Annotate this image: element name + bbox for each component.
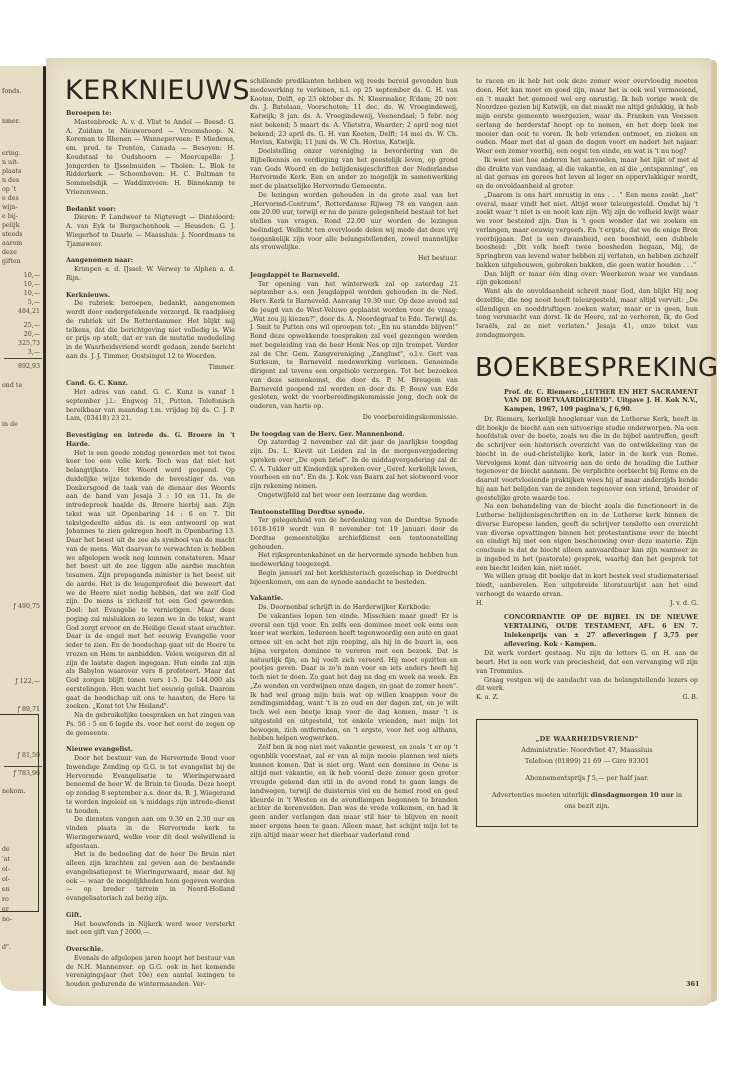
paragraph: Het bouwfonds in Nijkerk werd weer verst… xyxy=(66,921,235,939)
review-signature: H.J. v. d. G. xyxy=(476,600,698,609)
article-section: Tentoonstelling Dordtse synode.Ter geleg… xyxy=(250,509,458,588)
left-page-text: n des xyxy=(2,177,19,186)
paragraph: Dan blijft er maar één ding over: Weerke… xyxy=(476,271,698,289)
left-page-text: ering. xyxy=(2,150,21,159)
article-section: Cand. G. C. Kunz.Het adres van cand. G. … xyxy=(66,380,235,424)
section-heading: Gift. xyxy=(66,912,235,921)
article-section: Nieuwe evangelist.Door het bestuur van d… xyxy=(66,746,235,904)
paragraph: Ongetwijfeld zal het weer een leerzame d… xyxy=(250,492,458,501)
article-section: Vakantie.Ds. Doornenbal schrijft in de H… xyxy=(250,595,458,840)
paragraph: De vakanties lopen ten einde. Misschien … xyxy=(250,613,458,744)
article-section: Jeugdappèl te Barneveld.Ter opening van … xyxy=(250,272,458,423)
reviewer-right: G. B. xyxy=(682,694,698,703)
left-page-text: plaats xyxy=(2,168,21,177)
left-page-text: 484,21 xyxy=(18,308,40,317)
article-section: Beroepen te:Mastenbroek: A. v. d. Vlist … xyxy=(66,110,235,198)
book-review: Prof. dr. C. Riemers: „LUTHER EN HET SAC… xyxy=(476,389,698,609)
section-heading: Overschie. xyxy=(66,946,235,955)
book-review: CONCORDANTIE OP DE BIJBEL IN DE NIEUWE V… xyxy=(476,614,698,703)
column-kerknieuws: KERKNIEUWS Beroepen te:Mastenbroek: A. v… xyxy=(66,78,235,990)
paragraph: Door het bestuur van de Hervormde Bond v… xyxy=(66,755,235,816)
paragraph: De diensten vangen aan om 9.30 en 2.30 u… xyxy=(66,816,235,851)
left-page-text: 5,— xyxy=(28,299,40,308)
paragraph: De rubriek: beroepen, bedankt, aangenome… xyxy=(66,300,235,361)
section-heading: Bevestiging en intrede ds. G. Broere in … xyxy=(66,432,235,450)
left-page-text: ond te xyxy=(2,382,22,391)
section-heading: Beroepen te: xyxy=(66,110,235,119)
paragraph: Na een behandeling van de biecht zoals d… xyxy=(476,503,698,573)
left-page-text: steeds xyxy=(2,231,22,240)
paragraph: We willen graag dit boekje dat in kort b… xyxy=(476,573,698,599)
left-page-text: n uit- xyxy=(2,159,19,168)
left-page-text: nmer. xyxy=(2,118,20,127)
paragraph: Zelf ben ik nog niet met vakantie gewees… xyxy=(250,744,458,840)
paragraph: Mastenbroek: A. v. d. Vlist te Andel — B… xyxy=(66,119,235,198)
signature: De voorbereidingskommissie. xyxy=(250,414,458,423)
article-section: Aangenomen naar:Krimpen a. d. IJssel: W.… xyxy=(66,257,235,283)
paragraph: Evenals de afgelopen jaren hoopt het bes… xyxy=(66,955,235,990)
paragraph: te racen en ik heb het ook deze zomer we… xyxy=(476,78,698,157)
book-title: Prof. dr. C. Riemers: „LUTHER EN HET SAC… xyxy=(476,389,698,415)
book-title: CONCORDANTIE OP DE BIJBEL IN DE NIEUWE V… xyxy=(476,614,698,649)
left-page-text: 10,— xyxy=(24,281,40,290)
subscription-box: „DE WAARHEIDSVRIEND" Administratie: Noor… xyxy=(476,719,698,827)
book-reviews: Prof. dr. C. Riemers: „LUTHER EN HET SAC… xyxy=(476,389,698,703)
reviewer-right: J. v. d. G. xyxy=(670,600,698,609)
section-heading: Aangenomen naar: xyxy=(66,257,235,266)
paragraph: schillende predikanten hebben wij reeds … xyxy=(250,78,458,148)
paragraph: Het rijksprentenkabinet en de hervormde … xyxy=(250,552,458,570)
article-section: Kerknieuws.De rubriek: beroepen, bedankt… xyxy=(66,292,235,373)
box-title: „DE WAARHEIDSVRIEND" xyxy=(487,734,687,745)
middle-sections: schillende predikanten hebben wij reeds … xyxy=(250,78,458,840)
left-page-text: e bij- xyxy=(2,213,18,222)
article-section: Bevestiging en intrede ds. G. Broere in … xyxy=(66,432,235,738)
left-page-text: 10,— xyxy=(24,272,40,281)
left-page-text: 892,93 xyxy=(18,363,40,372)
paragraph: Dieren: P. Landweer te Nigtevegt — Dinte… xyxy=(66,214,235,249)
paragraph: Ik weet niet hoe anderen het aanvoelen, … xyxy=(476,157,698,192)
left-page-text: giften xyxy=(2,258,21,267)
masthead-kerknieuws: KERKNIEUWS xyxy=(65,76,235,106)
masthead-boekbespreking: BOEKBESPREKING xyxy=(475,353,698,383)
section-heading: Jeugdappèl te Barneveld. xyxy=(250,272,458,281)
left-page-text: ƒ 490,75 xyxy=(14,603,40,612)
kerknieuws-sections: Beroepen te:Mastenbroek: A. v. d. Vlist … xyxy=(66,110,235,990)
left-page-text: 25,— xyxy=(24,322,40,331)
paragraph: Op zaterdag 2 november zal dit jaar de j… xyxy=(250,439,458,492)
article-section: schillende predikanten hebben wij reeds … xyxy=(250,78,458,264)
vakantie-continued: te racen en ik heb het ook deze zomer we… xyxy=(476,78,698,341)
paragraph: Het adres van cand. G. C. Kunz is vanaf … xyxy=(66,389,235,424)
paragraph: Ds. Doornenbal schrijft in de Harderwijk… xyxy=(250,604,458,613)
paragraph: Na de gebruikelijke toespraken en het zi… xyxy=(66,712,235,738)
left-page-text: op 't xyxy=(2,186,16,195)
paragraph: Begin januari zal het kerkhistorisch gez… xyxy=(250,570,458,588)
reviewer-left: K. a. Z. xyxy=(476,694,499,703)
paragraph: Doelstelling onzer vereniging is bevorde… xyxy=(250,148,458,192)
article-section: Overschie.Evenals de afgelopen jaren hoo… xyxy=(66,946,235,990)
section-heading: Kerknieuws. xyxy=(66,292,235,301)
left-page-text: in de xyxy=(2,421,18,430)
paragraph: Dr. Riemers, kerkelijk hoogleraar van de… xyxy=(476,416,698,504)
section-heading: De toogdag van de Herv. Ger. Mannenbond. xyxy=(250,431,458,440)
article-section: Gift.Het bouwfonds in Nijkerk werd weer … xyxy=(66,912,235,938)
section-heading: Tentoonstelling Dordtse synode. xyxy=(250,509,458,518)
paragraph: Het is een goede zondag geworden met tot… xyxy=(66,450,235,713)
page-edge xyxy=(711,60,717,1002)
left-page-text: no- xyxy=(2,916,12,925)
paragraph: Want als de onvoldaanheid schreit naar G… xyxy=(476,288,698,341)
left-page-box xyxy=(0,714,39,912)
article-section: De toogdag van de Herv. Ger. Mannenbond.… xyxy=(250,431,458,501)
review-signature: K. a. Z.G. B. xyxy=(476,694,698,703)
section-heading: Nieuwe evangelist. xyxy=(66,746,235,755)
left-page-text: deze xyxy=(2,249,17,258)
left-page-text: aarom xyxy=(2,240,22,249)
section-heading: Cand. G. C. Kunz. xyxy=(66,380,235,389)
box-subscription-price: Abonnementsprijs ƒ 5,— per half jaar. xyxy=(487,773,687,784)
signature: Timmer. xyxy=(66,364,235,373)
left-page-text: fonds. xyxy=(2,88,21,97)
left-page-text: 20,— xyxy=(24,331,40,340)
paragraph: Het is de bedoeling dat de heer De Bruin… xyxy=(66,851,235,904)
column-middle: schillende predikanten hebben wij reeds … xyxy=(250,78,458,840)
box-advertisements: Advertenties moeten uiterlijk dinsdagmor… xyxy=(487,790,687,812)
left-page-text: 325,73 xyxy=(18,340,40,349)
left-page-text: 10,— xyxy=(24,290,40,299)
reviewer-left: H. xyxy=(476,600,484,609)
section-heading: Bedankt voor: xyxy=(66,206,235,215)
box-administration: Administratie: Noordvliet 47, Maassluis xyxy=(487,745,687,756)
paragraph: Graag vestgen wij de aandacht van de bel… xyxy=(476,677,698,695)
paragraph: Ter opening van het winterwerk zal op za… xyxy=(250,281,458,412)
section-heading: Vakantie. xyxy=(250,595,458,604)
column-right: te racen en ik heb het ook deze zomer we… xyxy=(476,78,698,827)
left-page-text: wijn- xyxy=(2,204,18,213)
paragraph: „Daarom is ons hart onrustig in ons . . … xyxy=(476,192,698,271)
left-page-text: 3,— xyxy=(28,349,40,358)
paragraph: Ter gelegenheid van de herdenking van de… xyxy=(250,517,458,552)
sum-rule xyxy=(4,358,42,359)
left-page-text: e des xyxy=(2,195,19,204)
left-page-fragments: fonds.nmer.ering.n uit-plaatsn desop 'te… xyxy=(0,0,44,1000)
paragraph: De lezingen worden gehouden in de grote … xyxy=(250,192,458,253)
signature: Het bestuur. xyxy=(250,255,458,264)
left-page-text: ƒ 122,— xyxy=(15,678,40,687)
page-number: 361 xyxy=(686,980,700,988)
article-section: Bedankt voor:Dieren: P. Landweer te Nigt… xyxy=(66,206,235,250)
left-page-text: pelijk xyxy=(2,222,20,231)
paragraph: Dit werk vordert gestaag. Nu zijn de let… xyxy=(476,650,698,676)
box-phone: Telefoon (01899) 21 69 — Giro 93301 xyxy=(487,756,687,767)
left-page-text: d". xyxy=(2,944,11,953)
paragraph: Krimpen a. d. IJssel: W. Verwey te Alphe… xyxy=(66,266,235,284)
